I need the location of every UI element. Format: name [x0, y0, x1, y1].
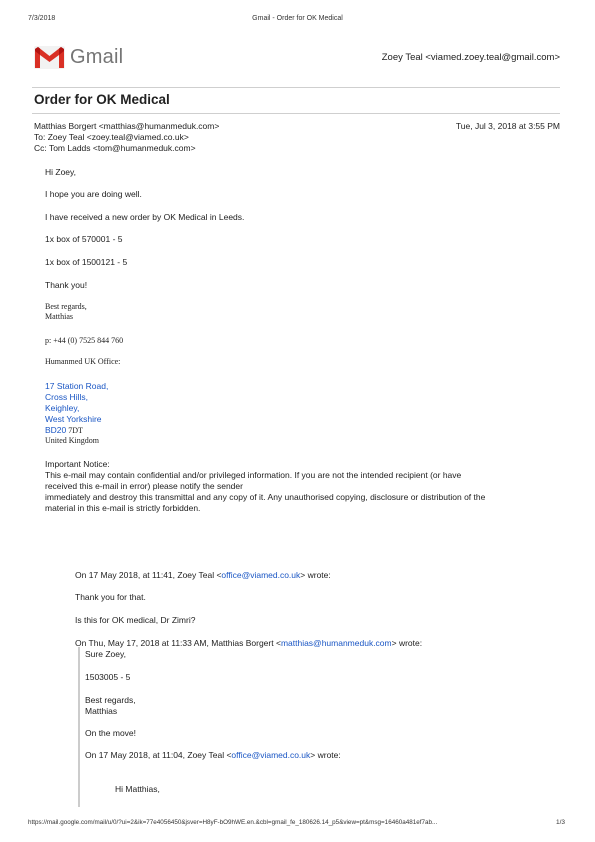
office-label: Humanmed UK Office: — [45, 357, 120, 366]
quoted-line: Hi Matthias, — [115, 784, 160, 794]
message-subject: Order for OK Medical — [34, 92, 170, 107]
quoted-line: Matthias — [85, 706, 117, 716]
legal-notice: Important Notice: This e-mail may contai… — [45, 459, 560, 514]
quote-header-text: > wrote: — [392, 638, 422, 648]
notice-line: This e-mail may contain confidential and… — [45, 470, 560, 481]
print-title: Gmail - Order for OK Medical — [0, 15, 595, 22]
postcode-link[interactable]: BD20 — [45, 425, 66, 435]
order-item: 1x box of 570001 - 5 — [45, 234, 123, 244]
print-page-number: 1/3 — [556, 819, 565, 826]
address-link[interactable]: Cross Hills, — [45, 392, 88, 402]
message-date: Tue, Jul 3, 2018 at 3:55 PM — [456, 121, 560, 131]
message-cc: Cc: Tom Ladds <tom@humanmeduk.com> — [34, 143, 196, 153]
notice-line: received this e-mail in error) please no… — [45, 481, 560, 492]
quote-header-text: > wrote: — [300, 570, 330, 580]
quote-header: On 17 May 2018, at 11:41, Zoey Teal <off… — [75, 570, 331, 580]
email-link[interactable]: matthias@humanmeduk.com — [281, 638, 392, 648]
quote-header: On Thu, May 17, 2018 at 11:33 AM, Matthi… — [75, 638, 422, 648]
gmail-envelope-icon — [34, 46, 65, 69]
quoted-line: Thank you for that. — [75, 592, 146, 602]
quoted-line: Best regards, — [85, 695, 136, 705]
gmail-logo[interactable]: Gmail — [34, 45, 123, 69]
quote-header-text: On Thu, May 17, 2018 at 11:33 AM, Matthi… — [75, 638, 281, 648]
signature-phone: p: +44 (0) 7525 844 760 — [45, 336, 123, 345]
address-link[interactable]: Keighley, — [45, 403, 79, 413]
gmail-logo-text: Gmail — [70, 46, 123, 69]
quoted-line: On the move! — [85, 728, 136, 738]
quote-header-text: > wrote: — [310, 750, 340, 760]
quote-border — [78, 647, 80, 807]
message-from: Matthias Borgert <matthias@humanmeduk.co… — [34, 121, 219, 131]
body-line: I hope you are doing well. — [45, 189, 142, 199]
quoted-line: Is this for OK medical, Dr Zimri? — [75, 615, 195, 625]
divider — [32, 113, 560, 114]
address-postcode: BD20 7DT — [45, 425, 83, 435]
divider — [32, 87, 560, 88]
quote-header-text: On 17 May 2018, at 11:41, Zoey Teal < — [75, 570, 221, 580]
print-footer-url: https://mail.google.com/mail/u/0/?ui=2&i… — [28, 819, 437, 826]
body-line: I have received a new order by OK Medica… — [45, 212, 244, 222]
notice-line: immediately and destroy this transmittal… — [45, 492, 560, 503]
email-link[interactable]: office@viamed.co.uk — [221, 570, 300, 580]
quote-header: On 17 May 2018, at 11:04, Zoey Teal <off… — [85, 750, 341, 760]
address-link[interactable]: West Yorkshire — [45, 414, 102, 424]
quoted-line: 1503005 - 5 — [85, 672, 130, 682]
body-thanks: Thank you! — [45, 280, 87, 290]
address-country: United Kingdom — [45, 436, 99, 445]
notice-line: material in this e-mail is strictly forb… — [45, 503, 560, 514]
email-link[interactable]: office@viamed.co.uk — [231, 750, 310, 760]
quoted-line: Sure Zoey, — [85, 649, 126, 659]
signature-name: Matthias — [45, 312, 73, 321]
message-to: To: Zoey Teal <zoey.teal@viamed.co.uk> — [34, 132, 189, 142]
order-item: 1x box of 1500121 - 5 — [45, 257, 127, 267]
notice-title: Important Notice: — [45, 459, 560, 470]
account-identity: Zoey Teal <viamed.zoey.teal@gmail.com> — [382, 52, 560, 63]
quote-header-text: On 17 May 2018, at 11:04, Zoey Teal < — [85, 750, 231, 760]
postcode-rest: 7DT — [66, 426, 83, 435]
body-greeting: Hi Zoey, — [45, 167, 76, 177]
address-link[interactable]: 17 Station Road, — [45, 381, 108, 391]
signature-signoff: Best regards, — [45, 302, 87, 311]
